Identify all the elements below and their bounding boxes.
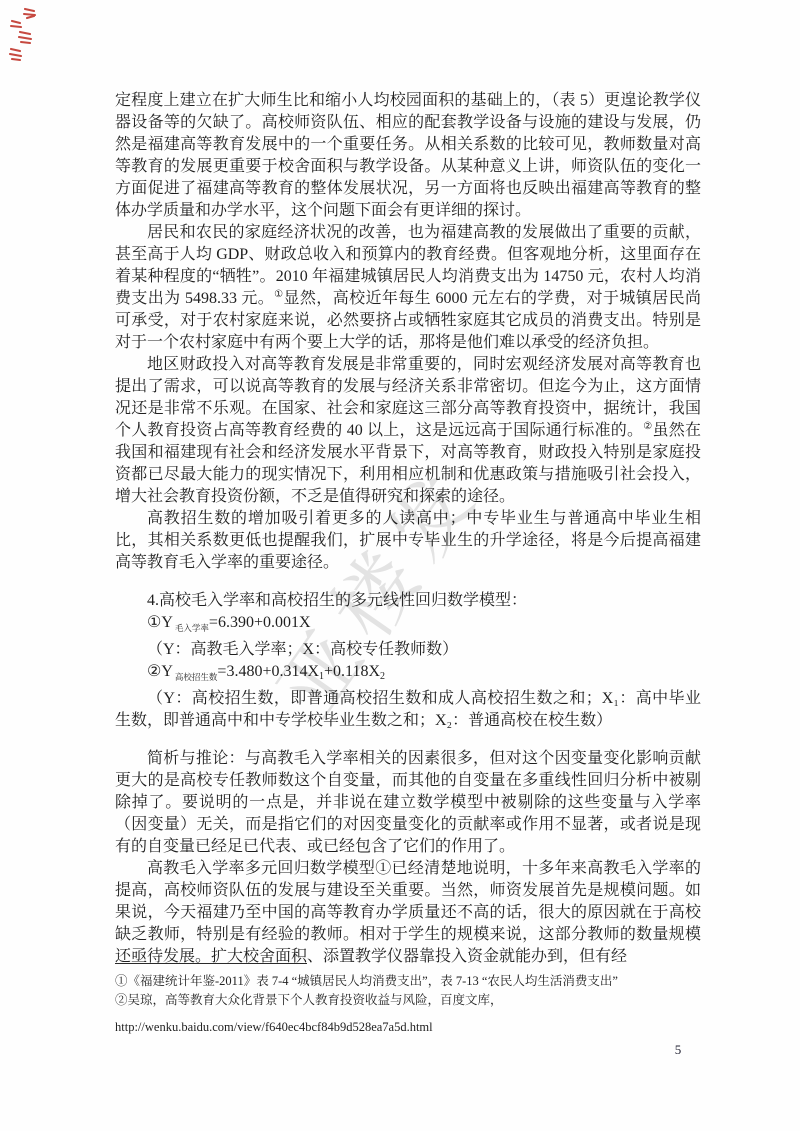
equation-note-text: （Y：高校招生数，即普通高校招生数和成人高校招生数之和；X₁：高中毕业生数，即普… <box>115 690 701 729</box>
footnote-1: ①《福建统计年鉴-2011》表 7-4 “城镇居民人均消费支出”，表 7-13 … <box>115 972 701 991</box>
equation-2-note: （Y：高校招生数，即普通高校招生数和成人高校招生数之和；X₁：高中毕业生数，即普… <box>115 688 701 732</box>
footnote-ref-1: ① <box>274 289 283 300</box>
equation-body: =3.480+0.314X <box>217 663 319 680</box>
paragraph-text: 简析与推论：与高教毛入学率相关的因素很多，但对这个因变量变化影响贡献更大的是高校… <box>115 750 701 855</box>
paragraph-text: 定程度上建立在扩大师生比和缩小人均校园面积的基础上的，（表 5）更遑论教学仪器设… <box>115 92 701 219</box>
section-heading: 4.高校毛入学率和高校招生的多元线性回归数学模型： <box>115 590 701 612</box>
paragraph: 简析与推论：与高教毛入学率相关的因素很多，但对这个因变量变化影响贡献更大的是高校… <box>115 748 701 858</box>
page-number: 5 <box>668 1042 688 1058</box>
equation-body: +0.118X <box>324 663 380 680</box>
footnotes: ①《福建统计年鉴-2011》表 7-4 “城镇居民人均消费支出”，表 7-13 … <box>115 972 701 1037</box>
document-body: 定程度上建立在扩大师生比和缩小人均校园面积的基础上的，（表 5）更遑论教学仪器设… <box>115 90 701 968</box>
equation-lead: ①Y <box>147 614 173 631</box>
footnote-url: http://wenku.baidu.com/view/f640ec4bcf84… <box>115 1018 701 1037</box>
paragraph-text: 地区财政投入对高等教育发展是非常重要的，同时宏观经济发展对高等教育也提出了需求，… <box>115 356 701 439</box>
vertical-spacer <box>115 574 701 590</box>
paragraph: 定程度上建立在扩大师生比和缩小人均校园面积的基础上的，（表 5）更遑论教学仪器设… <box>115 90 701 222</box>
section-heading-text: 4.高校毛入学率和高校招生的多元线性回归数学模型： <box>147 592 527 609</box>
paragraph-text: 高教毛入学率多元回归数学模型①已经清楚地说明，十多年来高教毛入学率的提高，高校师… <box>115 860 701 965</box>
paragraph: 高教毛入学率多元回归数学模型①已经清楚地说明，十多年来高教毛入学率的提高，高校师… <box>115 858 701 968</box>
paragraph: 居民和农民的家庭经济状况的改善，也为福建高教的发展做出了重要的贡献，甚至高于人均… <box>115 222 701 354</box>
equation-2: ②Y高校招生数=3.480+0.314X1+0.118X2 <box>115 661 701 688</box>
equation-1-note: （Y：高教毛入学率；X：高校专任教师数） <box>115 639 701 661</box>
equation-body: =6.390+0.001X <box>209 614 311 631</box>
equation-1: ①Y毛入学率=6.390+0.001X <box>115 612 701 639</box>
variable-subscript: 2 <box>380 671 385 682</box>
equation-subscript: 毛入学率 <box>175 623 209 633</box>
footnote-2: ②吴琼，高等教育大众化背景下个人教育投资收益与风险，百度文库， <box>115 991 701 1010</box>
document-page: 亚楼发 定程度上建立在扩大师生比和缩小人均校园面积的基础上的，（表 5）更遑论教… <box>0 0 800 1131</box>
vertical-spacer <box>115 732 701 748</box>
red-seal-stamp-icon <box>6 4 40 66</box>
equation-subscript: 高校招生数 <box>175 672 218 682</box>
paragraph: 地区财政投入对高等教育发展是非常重要的，同时宏观经济发展对高等教育也提出了需求，… <box>115 354 701 508</box>
equation-lead: ②Y <box>147 663 173 680</box>
paragraph: 高教招生数的增加吸引着更多的人读高中；中专毕业生与普通高中毕业生相比，其相关系数… <box>115 508 701 574</box>
footnote-divider <box>115 963 307 964</box>
paragraph-text: 高教招生数的增加吸引着更多的人读高中；中专毕业生与普通高中毕业生相比，其相关系数… <box>115 510 701 571</box>
equation-note-text: （Y：高教毛入学率；X：高校专任教师数） <box>147 641 458 658</box>
